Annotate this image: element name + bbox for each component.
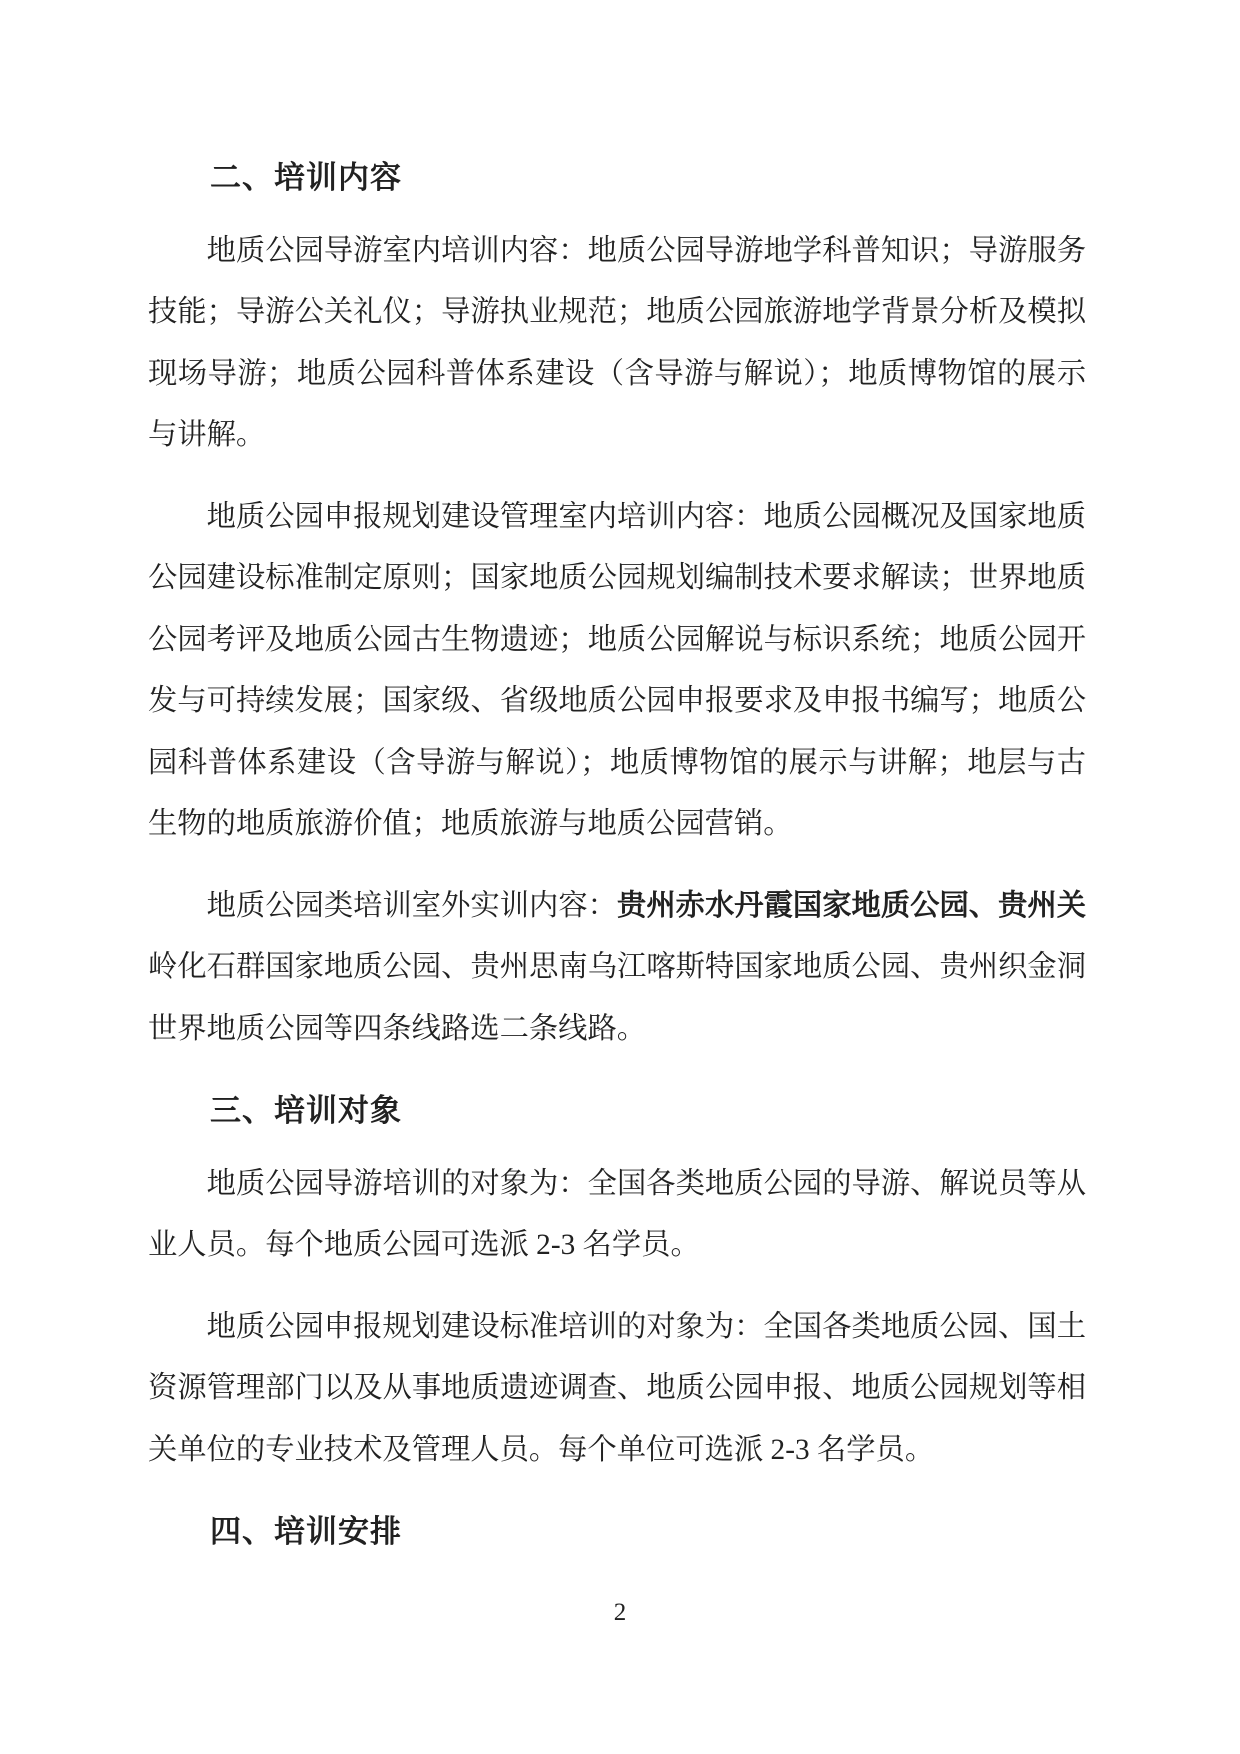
page-number: 2 xyxy=(0,1598,1240,1628)
document-page: 二、培训内容地质公园导游室内培训内容：地质公园导游地学科普知识；导游服务技能；导… xyxy=(0,0,1240,1754)
bold-text-run: 贵州赤水丹霞国家地质公园、贵州关 xyxy=(617,890,1086,922)
section-heading: 二、培训内容 xyxy=(148,147,1086,209)
body-paragraph: 地质公园类培训室外实训内容：贵州赤水丹霞国家地质公园、贵州关岭化石群国家地质公园… xyxy=(148,876,1086,1061)
text-run: 地质公园导游培训的对象为：全国各类地质公园的导游、解说员等从业人员。每个地质公园… xyxy=(148,1168,1086,1262)
document-body: { "styles": { "text_color": "#212121", "… xyxy=(0,0,1240,1754)
text-run: 地质公园申报规划建设标准培训的对象为：全国各类地质公园、国土资源管理部门以及从事… xyxy=(148,1311,1086,1466)
section-heading: 四、培训安排 xyxy=(148,1501,1086,1563)
document-content: 二、培训内容地质公园导游室内培训内容：地质公园导游地学科普知识；导游服务技能；导… xyxy=(148,147,1086,1575)
document-root: :root { --text-color: #212121; --page-bg… xyxy=(0,0,1240,1754)
text-run: 地质公园申报规划建设管理室内培训内容：地质公园概况及国家地质公园建设标准制定原则… xyxy=(148,501,1086,841)
text-run: 地质公园类培训室外实训内容： xyxy=(207,890,617,922)
body-paragraph: 地质公园申报规划建设标准培训的对象为：全国各类地质公园、国土资源管理部门以及从事… xyxy=(148,1297,1086,1482)
body-paragraph: 地质公园导游培训的对象为：全国各类地质公园的导游、解说员等从业人员。每个地质公园… xyxy=(148,1154,1086,1277)
body-paragraph: 地质公园申报规划建设管理室内培训内容：地质公园概况及国家地质公园建设标准制定原则… xyxy=(148,487,1086,856)
text-run: 地质公园导游室内培训内容：地质公园导游地学科普知识；导游服务技能；导游公关礼仪；… xyxy=(148,235,1086,452)
section-heading: 三、培训对象 xyxy=(148,1080,1086,1142)
text-run: 岭化石群国家地质公园、贵州思南乌江喀斯特国家地质公园、贵州织金洞世界地质公园等四… xyxy=(148,951,1086,1045)
body-paragraph: 地质公园导游室内培训内容：地质公园导游地学科普知识；导游服务技能；导游公关礼仪；… xyxy=(148,221,1086,467)
